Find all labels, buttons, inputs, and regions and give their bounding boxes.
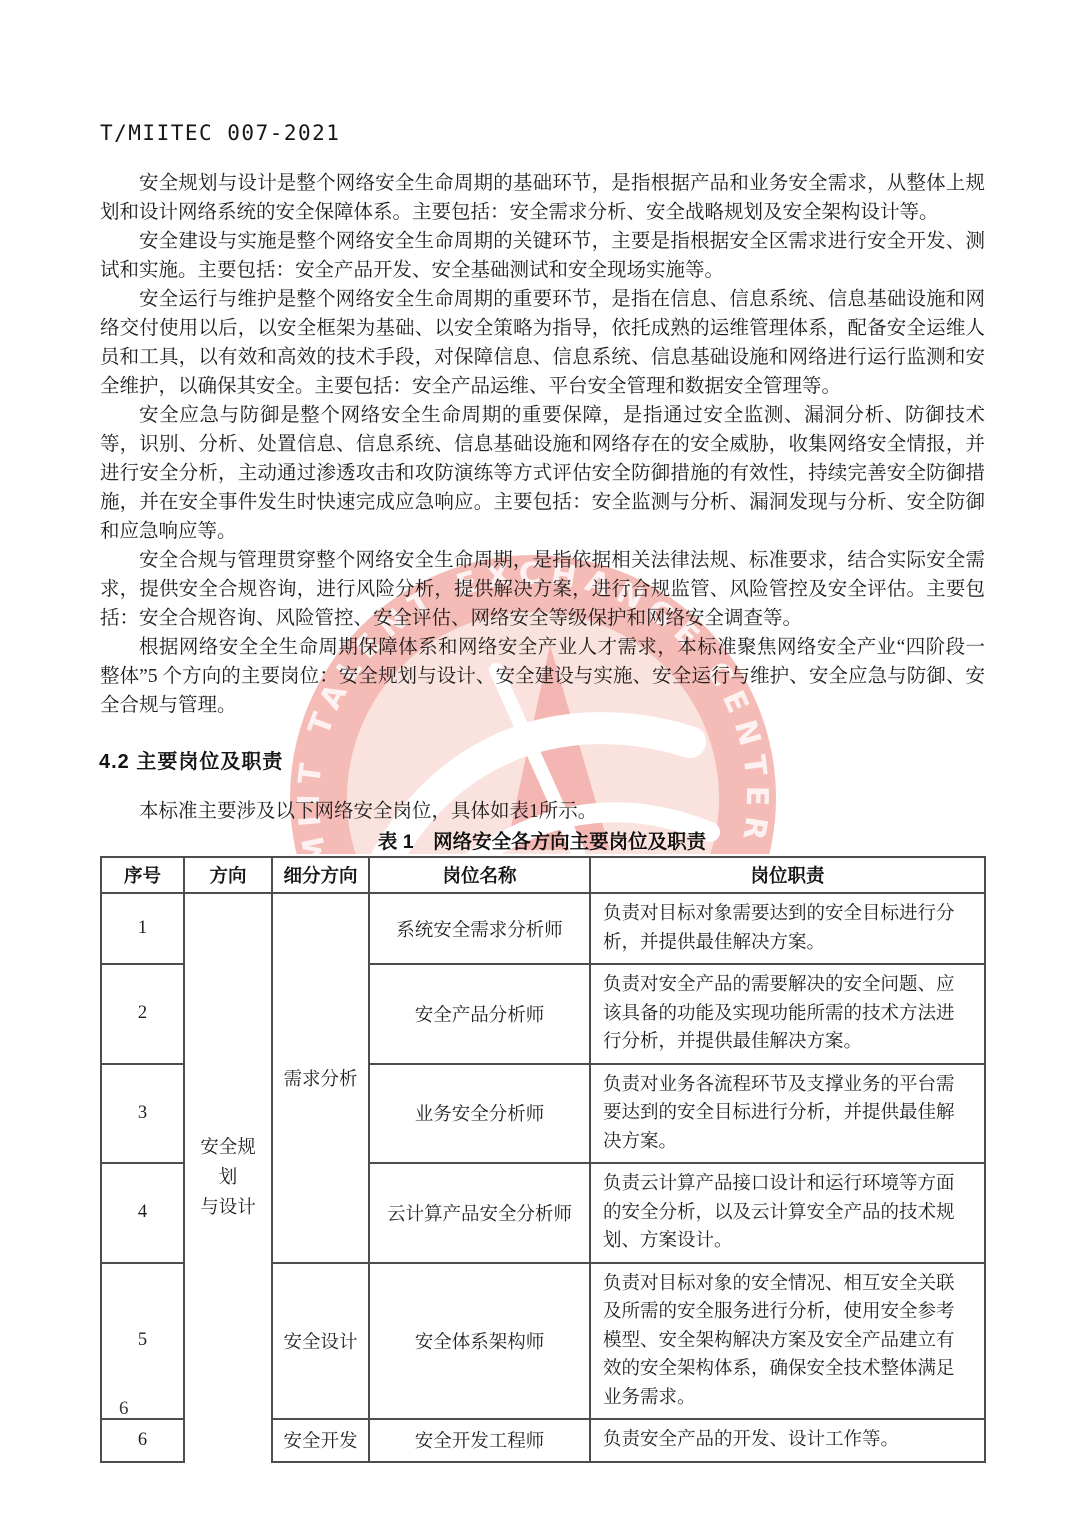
post-duty: 负责云计算产品接口设计和运行环境等方面的安全分析，以及云计算安全产品的技术规划、…	[590, 1163, 985, 1263]
row-index: 2	[101, 964, 184, 1064]
positions-table: 序号 方向 细分方向 岗位名称 岗位职责 1 安全规划 与设计 需求分析 系统安…	[100, 856, 986, 1463]
standard-code: T/MIITEC 007-2021	[100, 121, 340, 145]
row-index: 6	[101, 1419, 184, 1462]
paragraph-security-operation: 安全运行与维护是整个网络安全生命周期的重要环节，是指在信息、信息系统、信息基础设…	[100, 285, 985, 401]
row-index: 4	[101, 1163, 184, 1263]
col-header-post: 岗位名称	[369, 857, 590, 893]
direction-line-2: 与设计	[193, 1193, 263, 1223]
page-number: 6	[119, 1398, 129, 1420]
direction-line-1: 安全规划	[193, 1133, 263, 1193]
col-header-direction: 方向	[184, 857, 272, 893]
body-text: 安全规划与设计是整个网络安全生命周期的基础环节，是指根据产品和业务安全需求，从整…	[100, 169, 985, 720]
paragraph-security-compliance: 安全合规与管理贯穿整个网络安全生命周期，是指依据相关法律法规、标准要求，结合实际…	[100, 546, 985, 633]
table-intro-text: 本标准主要涉及以下网络安全岗位，具体如表1所示。	[100, 795, 985, 823]
row-index: 1	[101, 893, 184, 964]
direction-cell: 安全规划 与设计	[184, 893, 272, 1462]
post-name: 系统安全需求分析师	[369, 893, 590, 964]
subdirection-security-design: 安全设计	[272, 1263, 369, 1420]
post-duty: 负责对安全产品的需要解决的安全问题、应该具备的功能及实现功能所需的技术方法进行分…	[590, 964, 985, 1064]
post-duty: 负责对目标对象需要达到的安全目标进行分析，并提供最佳解决方案。	[590, 893, 985, 964]
post-name: 业务安全分析师	[369, 1064, 590, 1164]
col-header-subdirection: 细分方向	[272, 857, 369, 893]
post-duty: 负责安全产品的开发、设计工作等。	[590, 1419, 985, 1462]
row-index: 5	[101, 1263, 184, 1420]
paragraph-security-planning: 安全规划与设计是整个网络安全生命周期的基础环节，是指根据产品和业务安全需求，从整…	[100, 169, 985, 227]
paragraph-standard-focus: 根据网络安全全生命周期保障体系和网络安全产业人才需求，本标准聚焦网络安全产业“四…	[100, 633, 985, 720]
post-name: 安全开发工程师	[369, 1419, 590, 1462]
table-caption: 表 1 网络安全各方向主要岗位及职责	[100, 826, 984, 854]
post-name: 安全体系架构师	[369, 1263, 590, 1420]
table-header-row: 序号 方向 细分方向 岗位名称 岗位职责	[101, 857, 985, 893]
col-header-duty: 岗位职责	[590, 857, 985, 893]
paragraph-security-construction: 安全建设与实施是整个网络安全生命周期的关键环节，主要是指根据安全区需求进行安全开…	[100, 227, 985, 285]
section-heading: 4.2 主要岗位及职责	[99, 745, 283, 774]
row-index: 3	[101, 1064, 184, 1164]
subdirection-requirement-analysis: 需求分析	[272, 893, 369, 1263]
table-row: 1 安全规划 与设计 需求分析 系统安全需求分析师 负责对目标对象需要达到的安全…	[101, 893, 985, 964]
subdirection-security-development: 安全开发	[272, 1419, 369, 1462]
post-duty: 负责对业务各流程环节及支撑业务的平台需要达到的安全目标进行分析，并提供最佳解决方…	[590, 1064, 985, 1164]
paragraph-security-response: 安全应急与防御是整个网络安全生命周期的重要保障，是指通过安全监测、漏洞分析、防御…	[100, 401, 985, 546]
post-name: 云计算产品安全分析师	[369, 1163, 590, 1263]
document-page: MIIT TALENT EXCHANGE CENTER T/MIITEC 007…	[0, 0, 1080, 1527]
post-duty: 负责对目标对象的安全情况、相互安全关联及所需的安全服务进行分析，使用安全参考模型…	[590, 1263, 985, 1420]
col-header-index: 序号	[101, 857, 184, 893]
post-name: 安全产品分析师	[369, 964, 590, 1064]
